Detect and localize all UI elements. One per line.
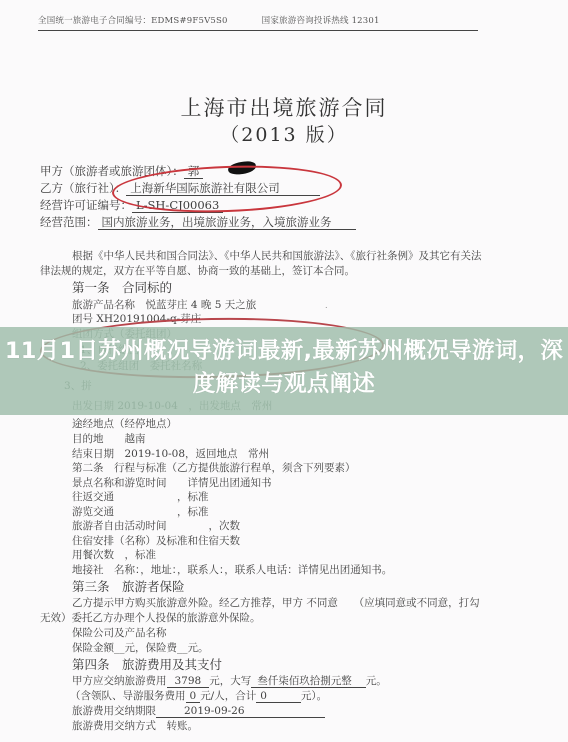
fee-suffix: 元。 (366, 675, 387, 687)
fee-mid: 元，大写 (209, 675, 251, 687)
article-4-heading: 第四条 旅游费用及其支付 (72, 658, 222, 671)
preamble-line-1: 根据《中华人民共和国合同法》、《中华人民共和国旅游法》、《旅行社条例》及其它有关… (72, 250, 482, 263)
tour-transport-line: 游览交通 ，标准 (72, 506, 209, 519)
contract-document: 全国统一旅游电子合同编号：EDMS#9F5V5S0国家旅游咨询投诉热线 1230… (0, 0, 568, 742)
preamble-line-2: 律法规的规定，双方在平等自愿、协商一致的基础上，签订本合同。 (40, 265, 355, 278)
fee-prefix: 甲方应交纳旅游费用 (72, 675, 167, 687)
fee-words: 叁仟柒佰玖拾捌元整 (251, 675, 366, 688)
hotline-text: 国家旅游咨询投诉热线 12301 (262, 16, 380, 26)
guide-prefix: （含领队、导游服务费用 (70, 690, 186, 702)
contract-number: EDMS#9F5V5S0 (151, 16, 228, 26)
payment-method: 旅游费用交纳方式 转账。 (72, 720, 198, 733)
fee-value: 3798 (167, 675, 210, 688)
dot-mark: . (325, 301, 328, 310)
scope-label: 经营范围： (40, 215, 98, 229)
guide-mid: 元/人，合计 (200, 690, 256, 702)
contract-header: 全国统一旅游电子合同编号：EDMS#9F5V5S0国家旅游咨询投诉热线 1230… (38, 14, 478, 31)
via-line: 途经地点（经停地点） (72, 418, 177, 431)
contract-number-label: 全国统一旅游电子合同编号： (38, 16, 151, 26)
guide-fee-line: （含领队、导游服务费用0元/人，合计0元）。 (70, 690, 327, 703)
article-1-heading: 第一条 合同标的 (72, 281, 172, 294)
sights-line: 景点名称和游览时间 详情见出团通知书 (72, 477, 272, 490)
scope-line: 经营范围：国内旅游业务，出境旅游业务，入境旅游业务 (40, 216, 356, 229)
product-name: 旅游产品名称 悦蓝芽庄 4 晚 5 天之旅 (72, 299, 256, 312)
guide-value: 0 (186, 690, 201, 703)
deadline-label: 旅游费用交纳期限 (72, 705, 156, 717)
free-time-line: 旅游者自由活动时间 ，次数 (72, 520, 240, 533)
local-agency-line: 地接社 名称：，地址：，联系人：，联系人电话：详情见出团通知书。 (72, 564, 392, 577)
insurance-company: 保险公司及产品名称 (72, 627, 167, 640)
end-date-line: 结束日期 2019-10-08，返回地点 常州 (72, 448, 269, 461)
guide-suffix: 元）。 (301, 690, 327, 702)
scope-value: 国内旅游业务，出境旅游业务，入境旅游业务 (98, 215, 356, 230)
lodging-line: 住宿安排（名称）及标准和住宿天数 (72, 535, 240, 548)
deadline-value: 2019-09-26 (156, 705, 325, 718)
fee-line: 甲方应交纳旅游费用3798元，大写叁仟柒佰玖拾捌元整元。 (72, 675, 387, 688)
banner-title: 11月1日苏州概况导游词最新,最新苏州概况导游词，深度解读与观点阐述 (0, 335, 568, 401)
article-2-heading: 第二条 行程与标准（乙方提供旅游行程单，须含下列要素） (72, 462, 356, 475)
guide-total: 0 (256, 690, 301, 703)
insurance-line-1: 乙方提示甲方购买旅游意外险。经乙方推荐，甲方 不同意 （应填同意或不同意，打勾 (72, 597, 480, 610)
deadline-line: 旅游费用交纳期限2019-09-26 (72, 705, 325, 718)
document-version: （2013 版） (0, 120, 568, 147)
document-title: 上海市出境旅游合同 (0, 92, 568, 122)
meals-line: 用餐次数 ，标准 (72, 549, 156, 562)
destination-line: 目的地 越南 (72, 433, 146, 446)
insurance-amount: 保险金额__元，保险费__元。 (72, 642, 209, 655)
article-3-heading: 第三条 旅游者保险 (72, 580, 185, 593)
round-trip-line: 往返交通 ，标准 (72, 491, 209, 504)
insurance-line-2: 无效）委托乙方办理个人投保的旅游意外保险。 (40, 612, 261, 625)
